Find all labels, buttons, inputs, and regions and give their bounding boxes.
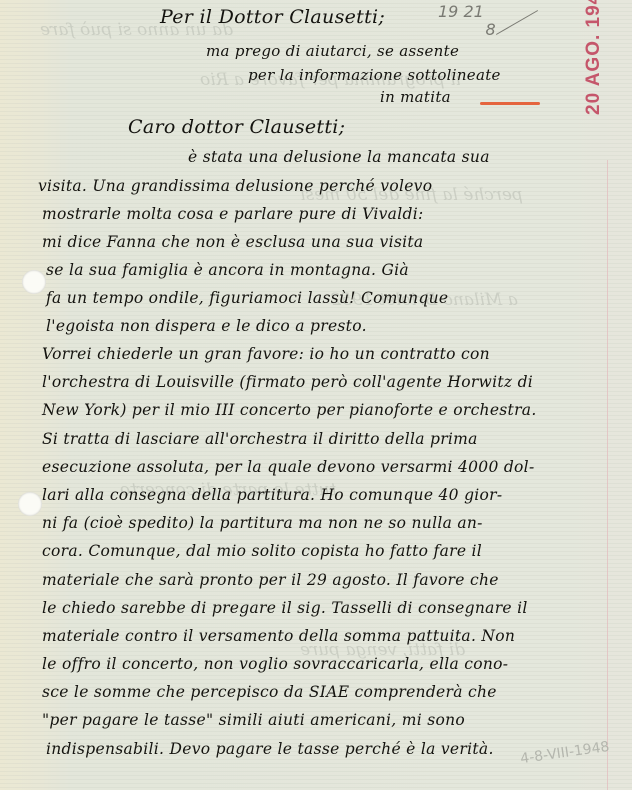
fraction-slash <box>496 10 538 35</box>
body-line: materiale che sarà pronto per il 29 agos… <box>42 571 499 589</box>
greeting: Caro dottor Clausetti; <box>128 116 345 138</box>
body-line: visita. Una grandissima delusione perché… <box>38 177 432 195</box>
archive-fraction-top: 21 <box>463 2 483 21</box>
body-line: "per pagare le tasse" simili aiuti ameri… <box>42 711 465 729</box>
body-line: ni fa (cioè spedito) la partitura ma non… <box>42 514 483 532</box>
body-line: fa un tempo ondile, figuriamoci lassù! C… <box>46 289 448 307</box>
archive-number: 19 21 8 <box>438 2 484 21</box>
letter-page: da un anno si può fare il programma per … <box>0 0 632 790</box>
header-note-line: ma prego di aiutarci, se assente <box>206 42 459 60</box>
body-line: le chiedo sarebbe di pregare il sig. Tas… <box>42 599 528 617</box>
body-line: l'orchestra di Louisville (firmato però … <box>42 373 533 391</box>
body-line: indispensabili. Devo pagare le tasse per… <box>46 740 494 758</box>
punch-hole <box>18 492 42 516</box>
body-line: mi dice Fanna che non è esclusa una sua … <box>42 233 423 251</box>
body-line: materiale contro il versamento della som… <box>42 627 515 645</box>
punch-hole <box>22 270 46 294</box>
date-stamp: 20 AGO. 1948 <box>583 0 605 115</box>
body-line: New York) per il mio III concerto per pi… <box>42 401 537 419</box>
pencil-corner-note: 4-8-VIII-1948 <box>519 739 610 767</box>
body-line: Si tratta di lasciare all'orchestra il d… <box>42 430 478 448</box>
body-line: l'egoista non dispera e le dico a presto… <box>46 317 367 335</box>
header-salutation: Per il Dottor Clausetti; <box>160 6 385 28</box>
crayon-underline <box>480 102 540 105</box>
body-line: mostrarle molta cosa e parlare pure di V… <box>42 205 423 223</box>
body-line: Vorrei chiederle un gran favore: io ho u… <box>42 345 490 363</box>
body-line: è stata una delusione la mancata sua <box>188 148 490 166</box>
header-note-line: per la informazione sottolineate <box>248 66 501 84</box>
archive-fraction: 21 8 <box>463 2 483 21</box>
body-line: lari alla consegna della partitura. Ho c… <box>42 486 502 504</box>
body-line: le offro il concerto, non voglio sovracc… <box>42 655 508 673</box>
archive-number-main: 19 <box>438 2 458 21</box>
margin-line <box>607 160 608 790</box>
body-line: esecuzione assoluta, per la quale devono… <box>42 458 534 476</box>
body-line: cora. Comunque, dal mio solito copista h… <box>42 542 482 560</box>
header-note-line: in matita <box>380 88 451 106</box>
body-line: sce le somme che percepisco da SIAE comp… <box>42 683 497 701</box>
body-line: se la sua famiglia è ancora in montagna.… <box>46 261 409 279</box>
archive-fraction-bottom: 8 <box>485 20 495 39</box>
